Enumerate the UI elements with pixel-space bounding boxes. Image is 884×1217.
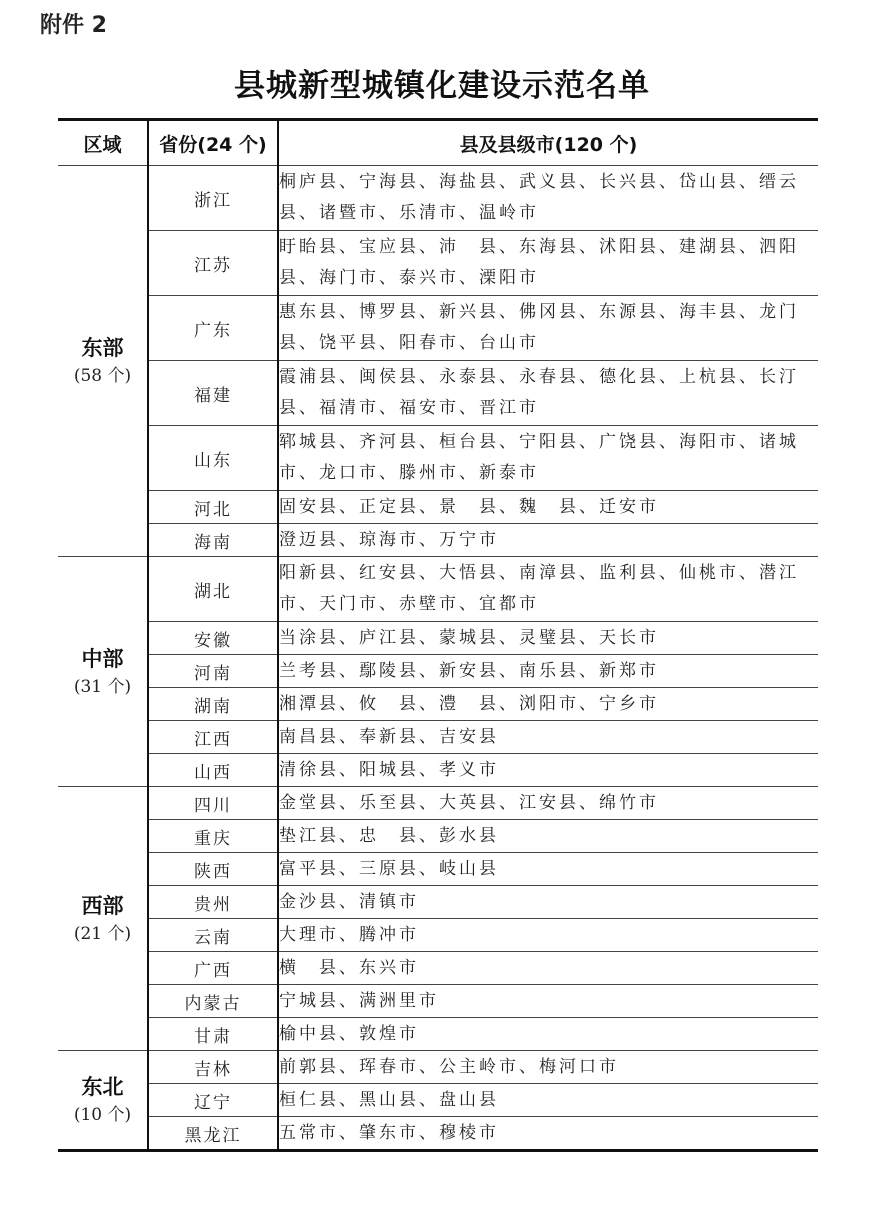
- province-name: 河南: [148, 655, 278, 688]
- region-cell-central: 中部 (31 个): [58, 557, 148, 787]
- table-row: 中部 (31 个) 湖北 阳新县、红安县、大悟县、南漳县、监利县、仙桃市、潜江市…: [58, 557, 818, 622]
- province-name: 云南: [148, 919, 278, 952]
- county-list: 南昌县、奉新县、吉安县: [278, 721, 818, 754]
- county-list: 澄迈县、琼海市、万宁市: [278, 524, 818, 557]
- county-list: 垫江县、忠 县、彭水县: [278, 820, 818, 853]
- table-row: 安徽 当涂县、庐江县、蒙城县、灵璧县、天长市: [58, 622, 818, 655]
- region-cell-east: 东部 (58 个): [58, 166, 148, 557]
- region-name: 东北: [58, 1072, 147, 1102]
- county-list: 盱眙县、宝应县、沛 县、东海县、沭阳县、建湖县、泗阳县、海门市、泰兴市、溧阳市: [278, 231, 818, 296]
- county-list: 大理市、腾冲市: [278, 919, 818, 952]
- province-name: 山西: [148, 754, 278, 787]
- table-row: 山东 郓城县、齐河县、桓台县、宁阳县、广饶县、海阳市、诸城市、龙口市、滕州市、新…: [58, 426, 818, 491]
- county-list: 横 县、东兴市: [278, 952, 818, 985]
- province-name: 江西: [148, 721, 278, 754]
- header-region: 区域: [58, 120, 148, 166]
- province-name: 海南: [148, 524, 278, 557]
- table-row: 江西 南昌县、奉新县、吉安县: [58, 721, 818, 754]
- region-name: 中部: [58, 644, 147, 674]
- table-header-row: 区域 省份(24 个) 县及县级市(120 个): [58, 120, 818, 166]
- table-row: 陕西 富平县、三原县、岐山县: [58, 853, 818, 886]
- table-row: 广东 惠东县、博罗县、新兴县、佛冈县、东源县、海丰县、龙门县、饶平县、阳春市、台…: [58, 296, 818, 361]
- table-row: 贵州 金沙县、清镇市: [58, 886, 818, 919]
- table-row: 云南 大理市、腾冲市: [58, 919, 818, 952]
- region-cell-west: 西部 (21 个): [58, 787, 148, 1051]
- county-list: 金沙县、清镇市: [278, 886, 818, 919]
- province-name: 广西: [148, 952, 278, 985]
- table-row: 东北 (10 个) 吉林 前郭县、珲春市、公主岭市、梅河口市: [58, 1051, 818, 1084]
- county-list: 清徐县、阳城县、孝义市: [278, 754, 818, 787]
- header-province: 省份(24 个): [148, 120, 278, 166]
- province-name: 广东: [148, 296, 278, 361]
- county-list: 阳新县、红安县、大悟县、南漳县、监利县、仙桃市、潜江市、天门市、赤壁市、宜都市: [278, 557, 818, 622]
- county-list: 湘潭县、攸 县、澧 县、浏阳市、宁乡市: [278, 688, 818, 721]
- province-name: 重庆: [148, 820, 278, 853]
- table-row: 黑龙江 五常市、肇东市、穆棱市: [58, 1117, 818, 1151]
- table-row: 河南 兰考县、鄢陵县、新安县、南乐县、新郑市: [58, 655, 818, 688]
- county-list: 惠东县、博罗县、新兴县、佛冈县、东源县、海丰县、龙门县、饶平县、阳春市、台山市: [278, 296, 818, 361]
- header-counties: 县及县级市(120 个): [278, 120, 818, 166]
- province-name: 四川: [148, 787, 278, 820]
- province-name: 贵州: [148, 886, 278, 919]
- province-name: 辽宁: [148, 1084, 278, 1117]
- table-row: 内蒙古 宁城县、满洲里市: [58, 985, 818, 1018]
- county-list: 金堂县、乐至县、大英县、江安县、绵竹市: [278, 787, 818, 820]
- county-list: 郓城县、齐河县、桓台县、宁阳县、广饶县、海阳市、诸城市、龙口市、滕州市、新泰市: [278, 426, 818, 491]
- county-list: 桓仁县、黑山县、盘山县: [278, 1084, 818, 1117]
- province-name: 河北: [148, 491, 278, 524]
- county-list: 霞浦县、闽侯县、永泰县、永春县、德化县、上杭县、长汀县、福清市、福安市、晋江市: [278, 361, 818, 426]
- region-count: (21 个): [58, 921, 147, 947]
- table-row: 甘肃 榆中县、敦煌市: [58, 1018, 818, 1051]
- table-row: 海南 澄迈县、琼海市、万宁市: [58, 524, 818, 557]
- table-row: 辽宁 桓仁县、黑山县、盘山县: [58, 1084, 818, 1117]
- region-count: (58 个): [58, 363, 147, 389]
- province-name: 内蒙古: [148, 985, 278, 1018]
- province-name: 浙江: [148, 166, 278, 231]
- table-row: 重庆 垫江县、忠 县、彭水县: [58, 820, 818, 853]
- province-name: 山东: [148, 426, 278, 491]
- region-count: (31 个): [58, 674, 147, 700]
- region-name: 西部: [58, 891, 147, 921]
- attachment-label: 附件 2: [40, 8, 107, 39]
- county-list: 兰考县、鄢陵县、新安县、南乐县、新郑市: [278, 655, 818, 688]
- province-name: 福建: [148, 361, 278, 426]
- province-name: 湖南: [148, 688, 278, 721]
- table-row: 山西 清徐县、阳城县、孝义市: [58, 754, 818, 787]
- region-count: (10 个): [58, 1102, 147, 1128]
- table-row: 东部 (58 个) 浙江 桐庐县、宁海县、海盐县、武义县、长兴县、岱山县、缙云县…: [58, 166, 818, 231]
- table-row: 西部 (21 个) 四川 金堂县、乐至县、大英县、江安县、绵竹市: [58, 787, 818, 820]
- province-name: 陕西: [148, 853, 278, 886]
- demonstration-list-table: 区域 省份(24 个) 县及县级市(120 个) 东部 (58 个) 浙江 桐庐…: [58, 118, 818, 1152]
- county-list: 固安县、正定县、景 县、魏 县、迁安市: [278, 491, 818, 524]
- county-list: 五常市、肇东市、穆棱市: [278, 1117, 818, 1151]
- table-row: 湖南 湘潭县、攸 县、澧 县、浏阳市、宁乡市: [58, 688, 818, 721]
- county-list: 当涂县、庐江县、蒙城县、灵璧县、天长市: [278, 622, 818, 655]
- county-list: 榆中县、敦煌市: [278, 1018, 818, 1051]
- document-title: 县城新型城镇化建设示范名单: [0, 60, 884, 105]
- province-name: 吉林: [148, 1051, 278, 1084]
- county-list: 前郭县、珲春市、公主岭市、梅河口市: [278, 1051, 818, 1084]
- province-name: 黑龙江: [148, 1117, 278, 1151]
- table-row: 江苏 盱眙县、宝应县、沛 县、东海县、沭阳县、建湖县、泗阳县、海门市、泰兴市、溧…: [58, 231, 818, 296]
- province-name: 甘肃: [148, 1018, 278, 1051]
- region-name: 东部: [58, 333, 147, 363]
- province-name: 江苏: [148, 231, 278, 296]
- county-list: 桐庐县、宁海县、海盐县、武义县、长兴县、岱山县、缙云县、诸暨市、乐清市、温岭市: [278, 166, 818, 231]
- province-name: 湖北: [148, 557, 278, 622]
- table-row: 广西 横 县、东兴市: [58, 952, 818, 985]
- region-cell-northeast: 东北 (10 个): [58, 1051, 148, 1151]
- province-name: 安徽: [148, 622, 278, 655]
- table-row: 河北 固安县、正定县、景 县、魏 县、迁安市: [58, 491, 818, 524]
- county-list: 富平县、三原县、岐山县: [278, 853, 818, 886]
- county-list: 宁城县、满洲里市: [278, 985, 818, 1018]
- table-row: 福建 霞浦县、闽侯县、永泰县、永春县、德化县、上杭县、长汀县、福清市、福安市、晋…: [58, 361, 818, 426]
